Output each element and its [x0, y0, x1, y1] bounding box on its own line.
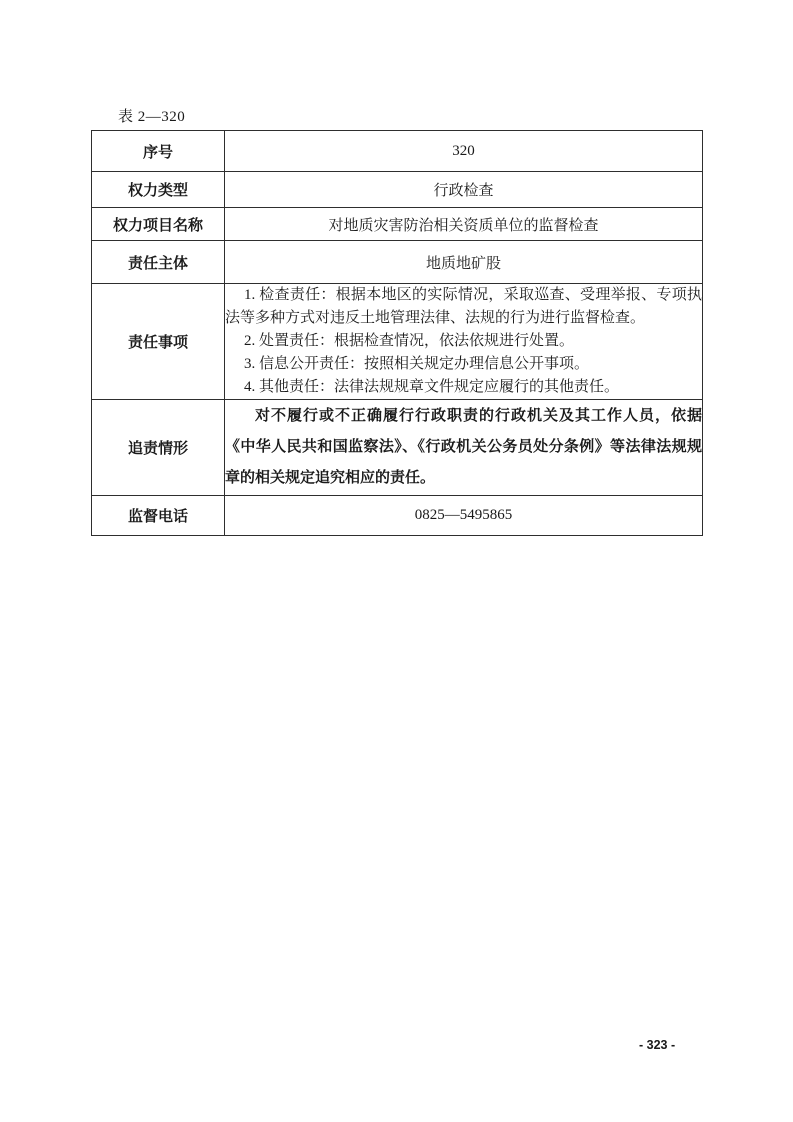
- row-value-power-type: 行政检查: [225, 172, 703, 208]
- row-label-power-item-name: 权力项目名称: [92, 208, 225, 241]
- table-row: 监督电话 0825—5495865: [92, 496, 703, 536]
- row-value-responsibility-items: 1. 检查责任：根据本地区的实际情况，采取巡查、受理举报、专项执法等多种方式对违…: [225, 284, 703, 400]
- row-value-power-item-name: 对地质灾害防治相关资质单位的监督检查: [225, 208, 703, 241]
- row-label-serial-number: 序号: [92, 131, 225, 172]
- row-label-supervision-phone: 监督电话: [92, 496, 225, 536]
- row-value-supervision-phone: 0825—5495865: [225, 496, 703, 536]
- table-row: 序号 320: [92, 131, 703, 172]
- page-number: - 323 -: [639, 1038, 675, 1052]
- table-row: 责任主体 地质地矿股: [92, 241, 703, 284]
- row-value-serial-number: 320: [225, 131, 703, 172]
- responsibility-item-2: 2. 处置责任：根据检查情况，依法依规进行处置。: [225, 330, 702, 353]
- accountability-text: 对不履行或不正确履行行政职责的行政机关及其工作人员，依据《中华人民共和国监察法》…: [225, 401, 702, 494]
- row-label-responsible-entity: 责任主体: [92, 241, 225, 284]
- responsibility-item-1: 1. 检查责任：根据本地区的实际情况，采取巡查、受理举报、专项执法等多种方式对违…: [225, 284, 702, 330]
- row-label-accountability-situations: 追责情形: [92, 400, 225, 496]
- row-value-accountability-situations: 对不履行或不正确履行行政职责的行政机关及其工作人员，依据《中华人民共和国监察法》…: [225, 400, 703, 496]
- table-row: 追责情形 对不履行或不正确履行行政职责的行政机关及其工作人员，依据《中华人民共和…: [92, 400, 703, 496]
- table-row: 权力类型 行政检查: [92, 172, 703, 208]
- duty-list-table: 序号 320 权力类型 行政检查 权力项目名称 对地质灾害防治相关资质单位的监督…: [91, 130, 703, 536]
- table-caption: 表 2—320: [118, 105, 185, 126]
- document-page: 表 2—320 序号 320 权力类型 行政检查 权力项目名称 对地质灾害防治相…: [0, 0, 793, 1122]
- responsibility-item-3: 3. 信息公开责任：按照相关规定办理信息公开事项。: [225, 353, 702, 376]
- row-label-responsibility-items: 责任事项: [92, 284, 225, 400]
- row-value-responsible-entity: 地质地矿股: [225, 241, 703, 284]
- table-row: 责任事项 1. 检查责任：根据本地区的实际情况，采取巡查、受理举报、专项执法等多…: [92, 284, 703, 400]
- responsibility-item-4: 4. 其他责任：法律法规规章文件规定应履行的其他责任。: [225, 376, 702, 399]
- table-row: 权力项目名称 对地质灾害防治相关资质单位的监督检查: [92, 208, 703, 241]
- row-label-power-type: 权力类型: [92, 172, 225, 208]
